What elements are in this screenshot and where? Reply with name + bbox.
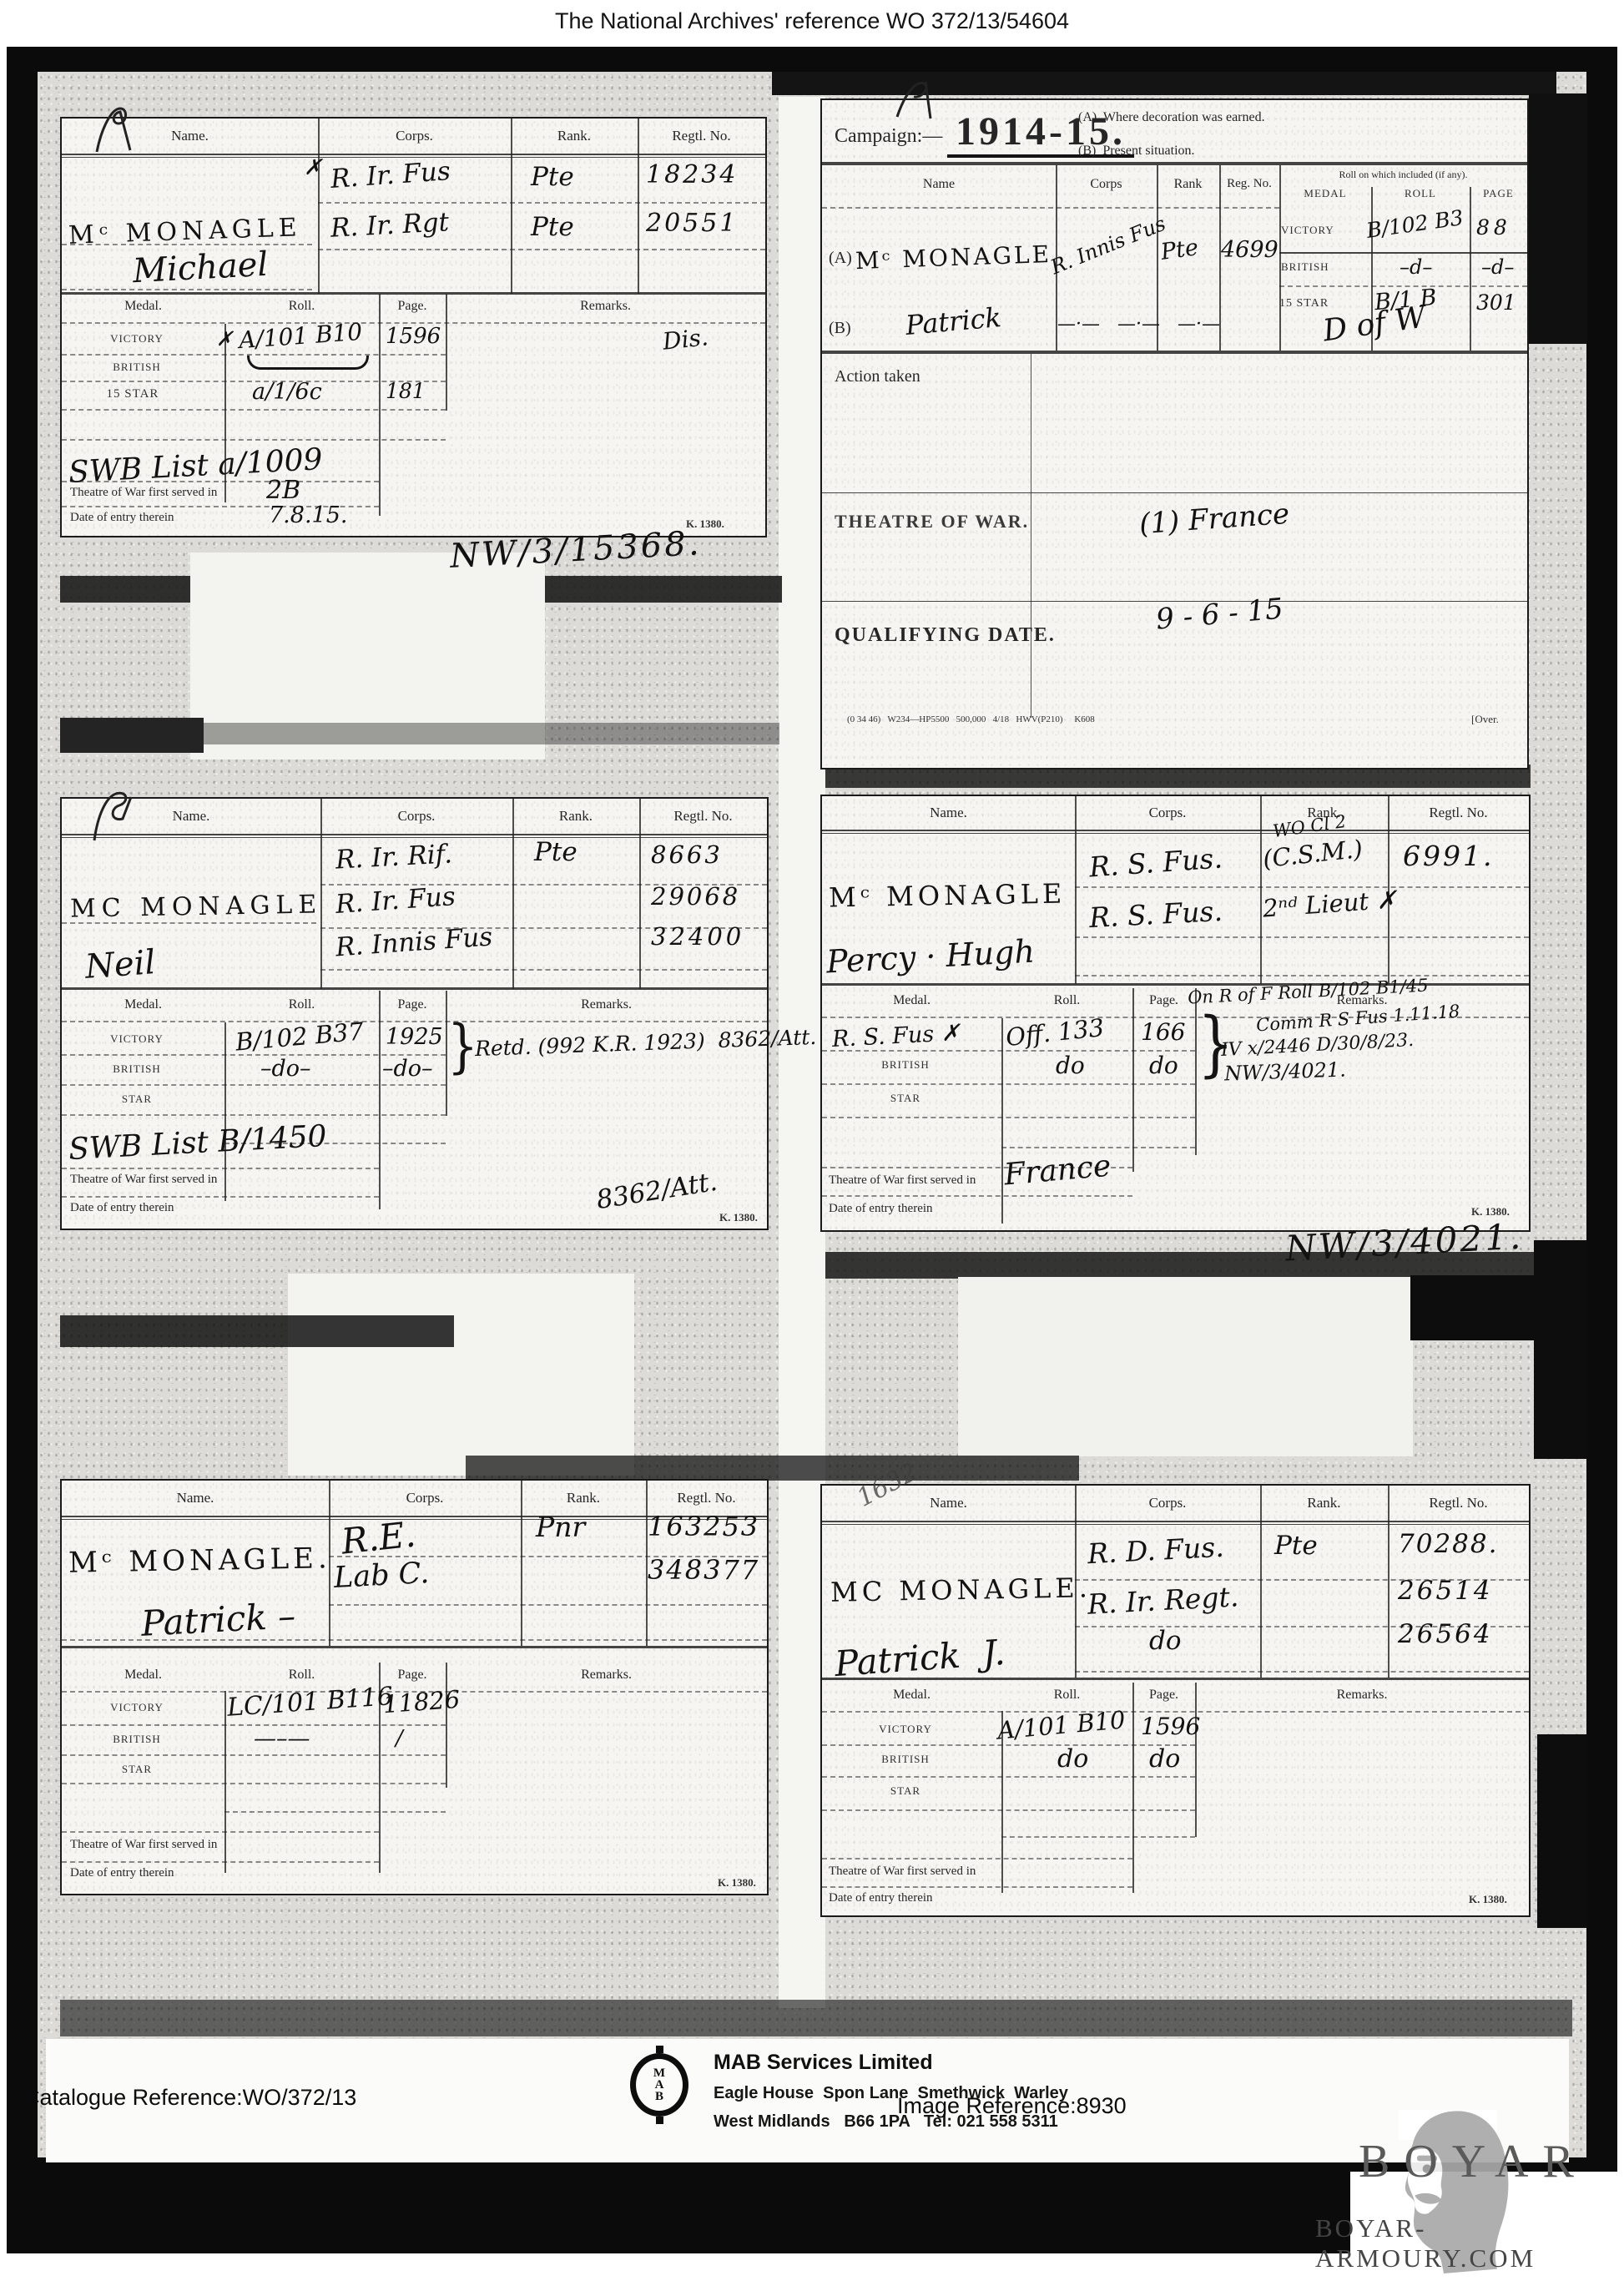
british-page-entry: do xyxy=(1149,1744,1180,1774)
date-of-entry-label: Date of entry therein xyxy=(829,1202,933,1216)
regtl-no-entry-1: 70288. xyxy=(1398,1529,1498,1559)
medal-row-victory-label: Victory xyxy=(78,1032,195,1046)
forename-entry: Percy · Hugh xyxy=(825,932,1036,980)
row-b-ditto-marks: —·— —·— —·— xyxy=(1057,314,1220,335)
scan-artifact xyxy=(204,723,779,744)
mab-logo-bar-bottom xyxy=(656,2117,663,2124)
roll-brace-mark xyxy=(247,356,369,370)
victory-roll-entry: B/102 B37 xyxy=(235,1017,365,1056)
medal-row-star-label: Star xyxy=(847,1784,964,1798)
corps-entry-3: do xyxy=(1149,1626,1182,1656)
victory-page-entry: 88 xyxy=(1476,215,1511,240)
british-page-entry: –d– xyxy=(1481,255,1514,279)
theatre-of-war-label: Theatre of War first served in xyxy=(70,486,217,500)
british-page-entry: –do– xyxy=(382,1056,433,1082)
forename-entry: Neil xyxy=(83,943,156,987)
victory-page-entry: 11826 xyxy=(382,1685,461,1718)
column-header-name: Name. xyxy=(62,1490,329,1506)
victory-row-label: VICTORY xyxy=(1281,224,1369,237)
corps-entry-2: R. Ir. Rgt xyxy=(330,207,450,243)
form-imprint: (0 34 46) W234—HP5500 500,000 4/18 HWV(P… xyxy=(847,714,1095,724)
date-of-entry-label: Date of entry therein xyxy=(70,1866,174,1880)
medal-row-star-label: Star xyxy=(78,1092,195,1106)
mab-title: MAB Services Limited xyxy=(714,2051,933,2075)
swb-list-entry: SWB List B/1450 xyxy=(68,1119,327,1167)
campaign-label: Campaign:— xyxy=(835,125,942,148)
column-header-name: Name. xyxy=(62,808,320,825)
column-header-page: Page. xyxy=(379,997,446,1012)
remarks-brace-mark: } xyxy=(447,1012,478,1080)
column-header-corps: Corps. xyxy=(1075,805,1260,821)
column-header-rank: Rank. xyxy=(521,1490,646,1506)
catalogue-reference: Catalogue Reference:WO/372/13 xyxy=(23,2085,356,2111)
medal-row-victory-label: Victory xyxy=(78,1701,195,1714)
theatre-of-war-entry: France xyxy=(1002,1148,1112,1192)
corps-entry-1: R. Ir. Fus xyxy=(330,156,451,194)
mab-logo-circle: M A B xyxy=(630,2053,688,2117)
regtl-no-entry-1: 8663 xyxy=(651,840,723,869)
column-header-remarks: Remarks. xyxy=(446,299,765,314)
scan-artifact xyxy=(958,1277,1413,1456)
column-header-roll: Roll. xyxy=(1001,1688,1132,1703)
roll-included-header: Roll on which included (if any). xyxy=(1279,169,1527,181)
corps-entry-2: R. Ir. Fus xyxy=(335,881,456,920)
medal-row-british-label: British xyxy=(78,1733,195,1746)
british-roll-entry: –d– xyxy=(1400,255,1432,279)
forename-entry: Patrick – xyxy=(140,1595,296,1644)
image-reference: Image Reference:8930 xyxy=(897,2093,1127,2119)
medal-index-card-michael: Name. Corps. Rank. Regtl. No. ✗ R. Ir. F… xyxy=(60,117,767,537)
scan-artifact xyxy=(60,1315,454,1347)
date-of-entry-label: Date of entry therein xyxy=(829,1891,933,1905)
mab-logo-letters: M A B xyxy=(653,2067,665,2102)
dispersal-remark-entry: IV x/2446 D/30/8/23. xyxy=(1221,1030,1415,1061)
corps-entry-2: R. S. Fus. xyxy=(1088,895,1223,934)
attachment-note-entry: 8362/Att. xyxy=(594,1167,719,1215)
row-b-name-entry: Patrick xyxy=(905,301,1003,341)
scan-artifact xyxy=(60,2000,1572,2036)
column-header-roll: Roll. xyxy=(224,997,379,1012)
column-header-rank: Rank. xyxy=(1260,1495,1388,1511)
scan-artifact xyxy=(288,1274,634,1476)
column-header-medal: Medal. xyxy=(822,1688,1001,1703)
form-number: K. 1380. xyxy=(719,1211,758,1224)
column-header-name: Name. xyxy=(822,1495,1075,1511)
column-header-remarks: Remarks. xyxy=(446,1668,767,1683)
watermark-brand: BOYAR xyxy=(1359,2135,1588,2188)
qualifying-date-entry: 9 - 6 - 15 xyxy=(1155,592,1285,636)
column-header-remarks: Remarks. xyxy=(1195,1688,1529,1703)
mab-logo: M A B xyxy=(630,2046,688,2124)
regtl-no-entry-1: 6991. xyxy=(1403,840,1494,872)
theatre-of-war-label: Theatre of War first served in xyxy=(70,1173,217,1187)
column-header-roll: Roll. xyxy=(224,299,379,314)
surname-entry: Mᶜ MONAGLE xyxy=(829,878,1067,914)
date-of-entry-label: Date of entry therein xyxy=(70,1201,174,1215)
victory-page-entry: 1596 xyxy=(1141,1713,1200,1740)
regtl-no-entry-1: 18234 xyxy=(646,160,738,189)
column-header-name: Name. xyxy=(62,128,318,144)
scan-artifact xyxy=(1537,1734,1587,1928)
pencil-scribble-icon xyxy=(889,75,939,125)
retired-remark-entry: Retd. (992 K.R. 1923) 8362/Att. xyxy=(475,1025,817,1061)
corps-entry-2: R. Ir. Regt. xyxy=(1087,1580,1239,1620)
medal-index-card-percy-hugh: Name. Corps. Rank. Regtl. No. WO Cl 2 R.… xyxy=(820,795,1531,1232)
note-a: (A) Where decoration was earned. xyxy=(1078,110,1265,125)
theatre-of-war-label: THEATRE OF WAR. xyxy=(835,511,1029,532)
medal-row-star-label: 15 Star xyxy=(70,387,195,401)
campaign-card-1914-15: Campaign:— 1914-15. (A) Where decoration… xyxy=(820,98,1529,770)
column-header-page: Page. xyxy=(1132,993,1195,1008)
rank-entry-1: Pte xyxy=(534,837,577,867)
british-page-entry: ∕ xyxy=(396,1726,403,1751)
column-header-roll: Roll. xyxy=(224,1668,379,1683)
row-a-corps-entry: R. Innis Fus xyxy=(1047,212,1169,280)
column-header-regtl-no: Regtl. No. xyxy=(638,128,765,144)
column-header-name: Name. xyxy=(822,805,1075,821)
medal-row-victory-label: Victory xyxy=(78,332,195,346)
star-page-entry: 181 xyxy=(386,379,426,403)
theatre-of-war-entry: 2B xyxy=(266,476,300,505)
row-b-tag: (B) xyxy=(829,319,851,338)
row-a-name-entry: Mᶜ MONAGLE xyxy=(855,240,1052,275)
victory-page-entry: 1596 xyxy=(386,324,441,349)
british-roll-entry: do xyxy=(1057,1744,1088,1774)
row-a-tag: (A) xyxy=(829,249,852,268)
british-page-entry: do xyxy=(1149,1052,1178,1079)
scan-artifact xyxy=(1410,1275,1534,1340)
medal-row-star-label: Star xyxy=(78,1763,195,1776)
surname-entry: Mᶜ MONAGLE. xyxy=(68,1542,331,1579)
medal-row-british-label: British xyxy=(78,1062,195,1076)
column-header-corps: Corps. xyxy=(318,128,511,144)
victory-page-entry: 1925 xyxy=(386,1024,443,1050)
theatre-of-war-entry: (1) France xyxy=(1138,497,1291,541)
column-header-corps: Corps. xyxy=(320,808,512,825)
victory-roll-entry: Off. 133 xyxy=(1005,1013,1106,1052)
column-header-medal: MEDAL xyxy=(1279,187,1371,200)
surname-entry: MC MONAGLE. xyxy=(830,1572,1092,1607)
medal-index-card-patrick-j: 1632 Name. Corps. Rank. Regtl. No. R. D.… xyxy=(820,1484,1531,1917)
column-header-medal: Medal. xyxy=(822,993,1001,1008)
column-header-regtl-no: Regtl. No. xyxy=(1388,805,1529,821)
scan-artifact xyxy=(1529,93,1587,344)
regtl-no-entry-3: 26564 xyxy=(1398,1619,1493,1649)
medal-row-british-label: British xyxy=(847,1058,964,1072)
column-header-reg-no: Reg. No. xyxy=(1219,177,1279,191)
theatre-of-war-label: Theatre of War first served in xyxy=(829,1173,976,1188)
column-header-corps: Corps. xyxy=(1075,1495,1260,1511)
victory-medal-entry: R. S. Fus ✗ xyxy=(831,1020,961,1052)
surname-entry: MC MONAGLE xyxy=(70,890,323,923)
column-header-page: Page. xyxy=(379,1668,446,1683)
reference-remark-entry: NW/3/4021. xyxy=(1224,1057,1347,1085)
column-header-page: PAGE xyxy=(1470,187,1527,200)
scanned-document-page: The National Archives' reference WO 372/… xyxy=(0,0,1624,2296)
victory-roll-entry: LC/101 B116 xyxy=(226,1682,394,1723)
corps-entry-1: R. D. Fus. xyxy=(1087,1531,1224,1571)
qualifying-date-label: QUALIFYING DATE. xyxy=(835,624,1056,647)
star-page-entry: 301 xyxy=(1476,290,1516,315)
medal-row-victory-label: Victory xyxy=(847,1723,964,1736)
rank-entry-1: Pnr xyxy=(536,1511,585,1543)
form-number: K. 1380. xyxy=(1469,1893,1507,1906)
rank-entry-2: 2ⁿᵈ Lieut ✗ xyxy=(1262,885,1398,922)
column-header-regtl-no: Regtl. No. xyxy=(646,1490,767,1506)
forename-entry: Michael xyxy=(132,245,269,290)
star-roll-entry: a/1/6c xyxy=(252,379,322,405)
over-note: [Over. xyxy=(1471,713,1499,726)
medal-row-british-label: British xyxy=(78,361,195,374)
mab-logo-bar-top xyxy=(656,2046,663,2053)
column-header-medal: Medal. xyxy=(62,997,224,1012)
victory-roll-entry: B/102 B3 xyxy=(1365,205,1465,243)
row-a-reg-no-entry: 4699 xyxy=(1221,237,1279,263)
scan-artifact xyxy=(466,1456,1079,1481)
regtl-no-entry-2: 26514 xyxy=(1398,1576,1493,1606)
archives-reference: The National Archives' reference WO 372/… xyxy=(0,8,1624,34)
medal-index-card-patrick: Name. Corps. Rank. Regtl. No. R.E. Pnr 1… xyxy=(60,1479,769,1895)
theatre-of-war-label: Theatre of War first served in xyxy=(829,1865,976,1879)
column-header-corps: Corps xyxy=(1056,177,1157,192)
column-header-rank: Rank xyxy=(1157,177,1219,192)
regtl-no-entry-1: 163253 xyxy=(648,1511,759,1542)
medal-row-british-label: British xyxy=(847,1753,964,1766)
regtl-no-entry-2: 348377 xyxy=(648,1554,759,1586)
victory-check-mark: ✗ xyxy=(216,327,233,351)
column-header-rank: Rank. xyxy=(512,808,639,825)
scan-artifact xyxy=(1534,1240,1587,1459)
column-header-name: Name xyxy=(822,177,1056,192)
corps-entry-1: R. Ir. Rif. xyxy=(335,839,453,875)
date-of-entry-value: 7.8.15. xyxy=(269,502,347,528)
rank-entry-1: Pte xyxy=(531,162,574,192)
medal-row-star-label: Star xyxy=(847,1092,964,1105)
theatre-of-war-label: Theatre of War first served in xyxy=(70,1838,217,1852)
watermark-site: BOYAR-ARMOURY.COM xyxy=(1315,2213,1624,2273)
action-taken-label: Action taken xyxy=(835,367,920,386)
british-roll-entry: —–— xyxy=(254,1726,310,1752)
column-header-page: Page. xyxy=(1132,1688,1195,1703)
scan-artifact xyxy=(60,718,204,753)
victory-page-entry: 166 xyxy=(1141,1018,1185,1046)
regtl-no-entry-3: 32400 xyxy=(651,922,744,951)
corps-entry-1: R.E. xyxy=(340,1513,418,1562)
british-roll-entry: –do– xyxy=(260,1056,311,1082)
column-header-medal: Medal. xyxy=(62,1668,224,1683)
rank-entry-2: Pte xyxy=(531,212,574,242)
date-of-entry-label: Date of entry therein xyxy=(70,511,174,525)
scan-artifact xyxy=(779,97,825,2008)
regtl-no-entry-2: 29068 xyxy=(651,882,740,911)
corps-entry-1: R. S. Fus. xyxy=(1088,841,1223,883)
column-header-remarks: Remarks. xyxy=(446,997,767,1012)
service-check-mark: ✗ xyxy=(304,155,322,180)
british-row-label: BRITISH xyxy=(1281,260,1369,274)
note-b: (B) Present situation. xyxy=(1078,144,1195,159)
column-header-page: Page. xyxy=(379,299,446,314)
row-a-rank-entry: Pte xyxy=(1159,235,1200,265)
column-header-regtl-no: Regtl. No. xyxy=(1388,1495,1529,1511)
column-header-regtl-no: Regtl. No. xyxy=(639,808,767,825)
column-header-corps: Corps. xyxy=(329,1490,521,1506)
corps-entry-2: Lab C. xyxy=(333,1557,430,1595)
forename-entry: Patrick J. xyxy=(834,1632,1006,1684)
column-header-roll: Roll. xyxy=(1001,993,1132,1008)
rank-entry-1: Pte xyxy=(1274,1531,1318,1561)
form-number: K. 1380. xyxy=(718,1876,756,1890)
column-header-rank: Rank. xyxy=(511,128,638,144)
column-header-medal: Medal. xyxy=(62,299,224,314)
column-header-roll: ROLL xyxy=(1371,187,1470,200)
victory-remark-entry: Dis. xyxy=(661,323,709,356)
regtl-no-entry-2: 20551 xyxy=(646,209,738,238)
medal-index-card-neil: Name. Corps. Rank. Regtl. No. R. Ir. Rif… xyxy=(60,797,769,1230)
british-roll-entry: do xyxy=(1056,1052,1085,1079)
